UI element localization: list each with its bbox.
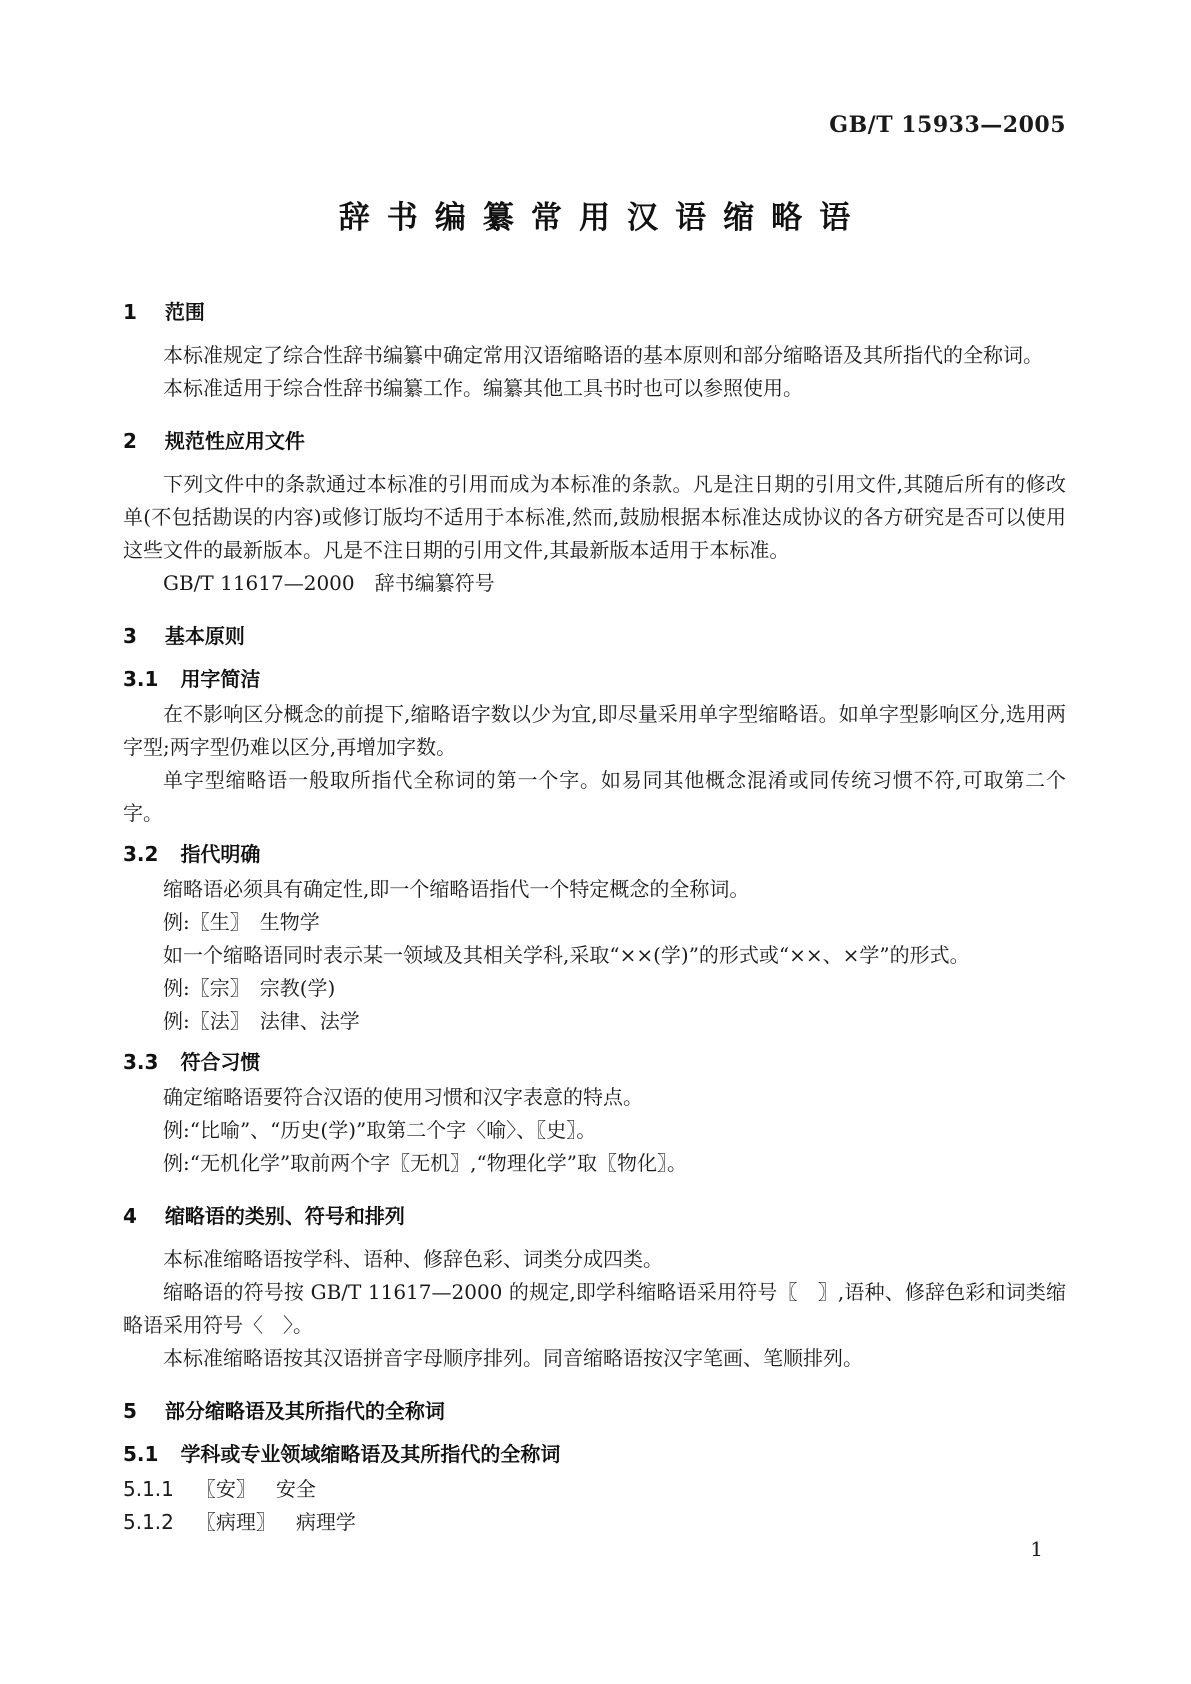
section-title: 部分缩略语及其所指代的全称词 [165,1395,445,1428]
paragraph: 本标准缩略语按学科、语种、修辞色彩、词类分成四类。 [123,1243,1066,1276]
abbreviation-item: 5.1.2 〖病理〗 病理学 [123,1506,1066,1539]
example-line: 例:“无机化学”取前两个字〖无机〗,“物理化学”取〖物化〗。 [123,1147,1066,1180]
section-number: 3.1 [123,663,158,696]
example-line: 例:〖宗〗 宗教(学) [123,972,1066,1005]
paragraph: 本标准缩略语按其汉语拼音字母顺序排列。同音缩略语按汉字笔画、笔顺排列。 [123,1342,1066,1375]
section-number: 2 [123,425,137,458]
section-2-heading: 2 规范性应用文件 [123,425,1066,458]
section-title: 符合习惯 [180,1046,260,1079]
section-number: 3.3 [123,1046,158,1079]
section-number: 3 [123,620,137,653]
paragraph: 缩略语必须具有确定性,即一个缩略语指代一个特定概念的全称词。 [123,873,1066,906]
section-number: 5 [123,1395,137,1428]
section-title: 缩略语的类别、符号和排列 [165,1200,405,1233]
section-5-heading: 5 部分缩略语及其所指代的全称词 [123,1395,1066,1428]
section-number: 5.1 [123,1438,158,1471]
section-number: 1 [123,296,137,329]
full-term: 病理学 [296,1506,356,1539]
section-3-2-heading: 3.2 指代明确 [123,838,1066,871]
document-page: GB/T 15933—2005 辞书编纂常用汉语缩略语 1 范围 本标准规定了综… [0,0,1191,1684]
section-title: 指代明确 [180,838,260,871]
paragraph: 本标准规定了综合性辞书编纂中确定常用汉语缩略语的基本原则和部分缩略语及其所指代的… [123,339,1066,372]
section-number: 3.2 [123,838,158,871]
section-1-heading: 1 范围 [123,296,1066,329]
document-title: 辞书编纂常用汉语缩略语 [123,196,1066,240]
paragraph: 单字型缩略语一般取所指代全称词的第一个字。如易同其他概念混淆或同传统习惯不符,可… [123,764,1066,830]
paragraph: 缩略语的符号按 GB/T 11617—2000 的规定,即学科缩略语采用符号〖 … [123,1276,1066,1342]
section-5-1-heading: 5.1 学科或专业领域缩略语及其所指代的全称词 [123,1438,1066,1471]
example-line: 例:〖法〗 法律、法学 [123,1005,1066,1038]
page-number: 1 [1030,1536,1043,1562]
abbreviation: 〖病理〗 [196,1506,276,1539]
section-number: 4 [123,1200,137,1233]
item-number: 5.1.1 [123,1473,174,1506]
section-3-heading: 3 基本原则 [123,620,1066,653]
abbreviation-item: 5.1.1 〖安〗 安全 [123,1473,1066,1506]
paragraph: 下列文件中的条款通过本标准的引用而成为本标准的条款。凡是注日期的引用文件,其随后… [123,468,1066,567]
paragraph: 在不影响区分概念的前提下,缩略语字数以少为宜,即尽量采用单字型缩略语。如单字型影… [123,698,1066,764]
section-title: 学科或专业领域缩略语及其所指代的全称词 [180,1438,560,1471]
section-title: 范围 [165,296,205,329]
section-3-1-heading: 3.1 用字简洁 [123,663,1066,696]
paragraph: 确定缩略语要符合汉语的使用习惯和汉字表意的特点。 [123,1081,1066,1114]
section-title: 规范性应用文件 [165,425,305,458]
section-title: 基本原则 [165,620,245,653]
paragraph: 如一个缩略语同时表示某一领域及其相关学科,采取“××(学)”的形式或“××、×学… [123,939,1066,972]
full-term: 安全 [276,1473,316,1506]
section-3-3-heading: 3.3 符合习惯 [123,1046,1066,1079]
item-number: 5.1.2 [123,1506,174,1539]
example-line: 例:“比喻”、“历史(学)”取第二个字〈喻〉、〖史〗。 [123,1114,1066,1147]
paragraph: 本标准适用于综合性辞书编纂工作。编纂其他工具书时也可以参照使用。 [123,372,1066,405]
section-title: 用字简洁 [180,663,260,696]
section-4-heading: 4 缩略语的类别、符号和排列 [123,1200,1066,1233]
abbreviation: 〖安〗 [196,1473,256,1506]
reference-entry: GB/T 11617—2000 辞书编纂符号 [123,567,1066,600]
example-line: 例:〖生〗 生物学 [123,906,1066,939]
standard-code: GB/T 15933—2005 [123,112,1066,138]
